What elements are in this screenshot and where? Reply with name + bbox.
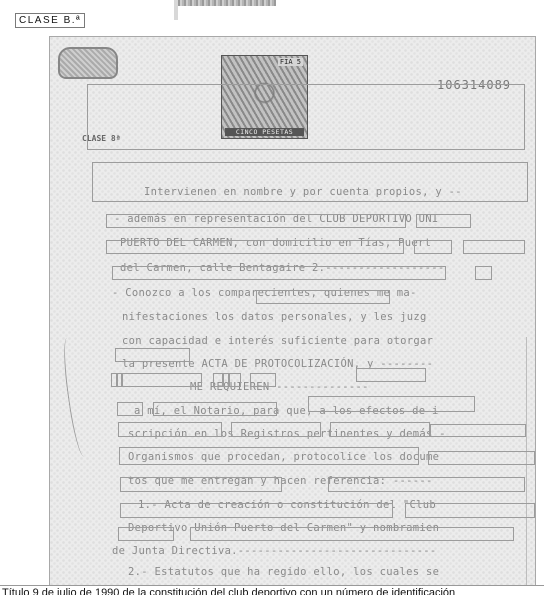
- ocr-region-box: [414, 240, 452, 254]
- text-line: con capacidad e interés suficiente para …: [122, 335, 433, 347]
- text-line: 2.- Estatutos que ha regido ello, los cu…: [128, 566, 439, 578]
- ocr-region-box: [153, 402, 277, 416]
- ocr-region-box: [229, 373, 241, 387]
- ocr-region-box: [213, 373, 223, 387]
- text-line: nifestaciones los datos personales, y le…: [122, 311, 427, 323]
- ocr-region-box: [330, 422, 430, 437]
- ocr-region-box: [92, 162, 528, 202]
- ocr-region-box: [463, 240, 525, 254]
- ocr-region-box: [118, 422, 222, 437]
- ocr-region-box: [106, 240, 404, 254]
- ocr-region-box: [117, 402, 143, 416]
- scan-strip-image: [178, 0, 276, 6]
- ocr-region-box: [256, 290, 390, 304]
- ocr-region-box: [87, 84, 525, 150]
- ocr-region-box: [416, 214, 471, 228]
- ocr-region-box: [115, 348, 190, 362]
- ocr-region-box: [118, 527, 174, 541]
- ocr-region-box: [120, 477, 282, 492]
- ocr-region-box: [250, 373, 276, 387]
- ocr-region-box: [475, 266, 492, 280]
- ocr-region-box: [106, 214, 406, 228]
- ocr-region-box: [119, 447, 419, 465]
- margin-pen-mark: [60, 337, 92, 458]
- ocr-region-box: [122, 373, 202, 387]
- ocr-region-box: [356, 368, 426, 382]
- ocr-region-box: [428, 451, 535, 465]
- notary-seal-icon: [58, 47, 118, 79]
- document-caption: Título 9 de julio de 1990 de la constitu…: [0, 585, 544, 595]
- text-line: de Junta Directiva.---------------------…: [112, 545, 436, 557]
- ocr-region-box: [190, 527, 514, 541]
- stamp-top-text: FIA 5: [278, 58, 303, 66]
- ocr-region-box: [405, 503, 535, 518]
- ocr-region-box: [308, 396, 475, 412]
- ocr-region-box: [328, 477, 525, 492]
- ocr-region-box: [231, 422, 321, 437]
- ocr-region-box: [430, 424, 526, 437]
- ocr-region-box: [120, 503, 393, 518]
- ocr-region-box: [112, 266, 446, 280]
- class-label: CLASE B.ª: [15, 13, 85, 28]
